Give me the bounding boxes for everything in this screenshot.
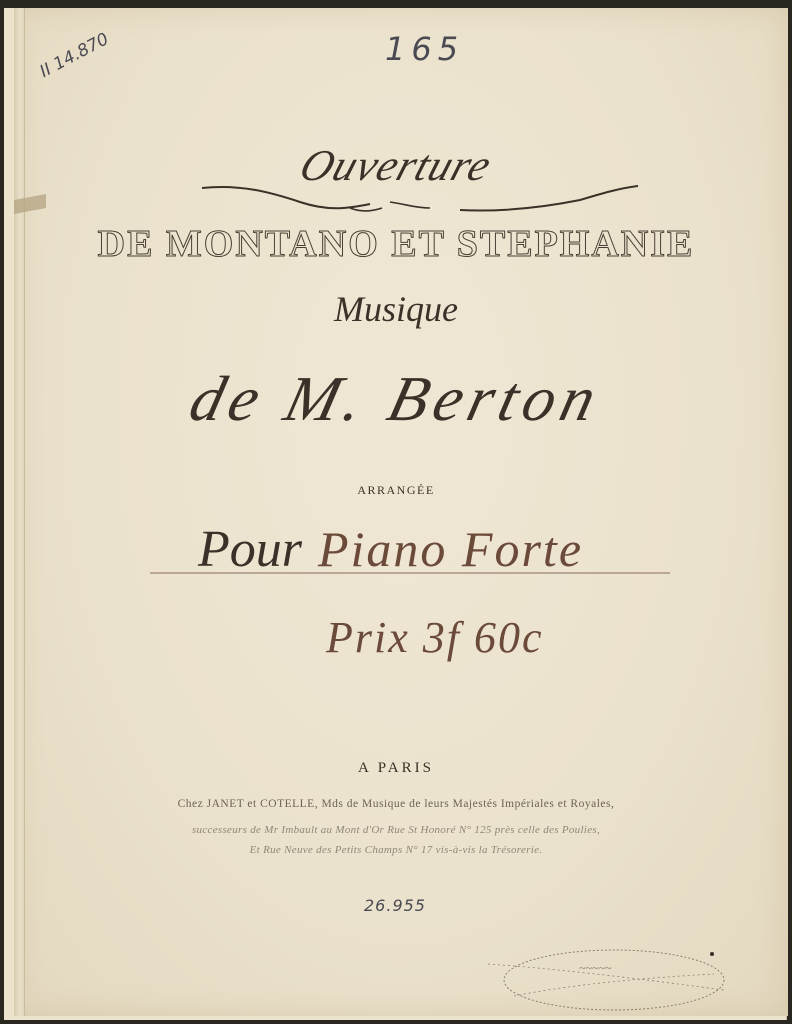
imprint-line-3: Et Rue Neuve des Petits Champs N° 17 vis…: [0, 844, 792, 856]
library-stamp-icon: ~~~~~: [484, 944, 732, 1016]
arrangee-label: ARRANGÉE: [0, 483, 792, 498]
price-handwritten: Prix 3f 60c: [326, 612, 544, 663]
imprint-city: A PARIS: [0, 760, 792, 777]
page-number-annotation: 165: [385, 30, 464, 68]
instrument-handwritten: Piano Forte: [318, 520, 583, 578]
svg-text:~~~~~: ~~~~~: [579, 961, 612, 975]
imprint-line-2: successeurs de Mr Imbault au Mont d'Or R…: [0, 824, 792, 836]
musique-label: Musique: [0, 288, 792, 330]
pour-label: Pour: [198, 520, 302, 579]
plate-number-annotation: 26.955: [364, 896, 426, 915]
main-title: DE MONTANO ET STEPHANIE: [0, 222, 792, 266]
title-flourish-icon: [200, 182, 640, 216]
composer-name: de M. Berton: [0, 362, 792, 436]
imprint-line-1: Chez JANET et COTELLE, Mds de Musique de…: [0, 798, 792, 810]
